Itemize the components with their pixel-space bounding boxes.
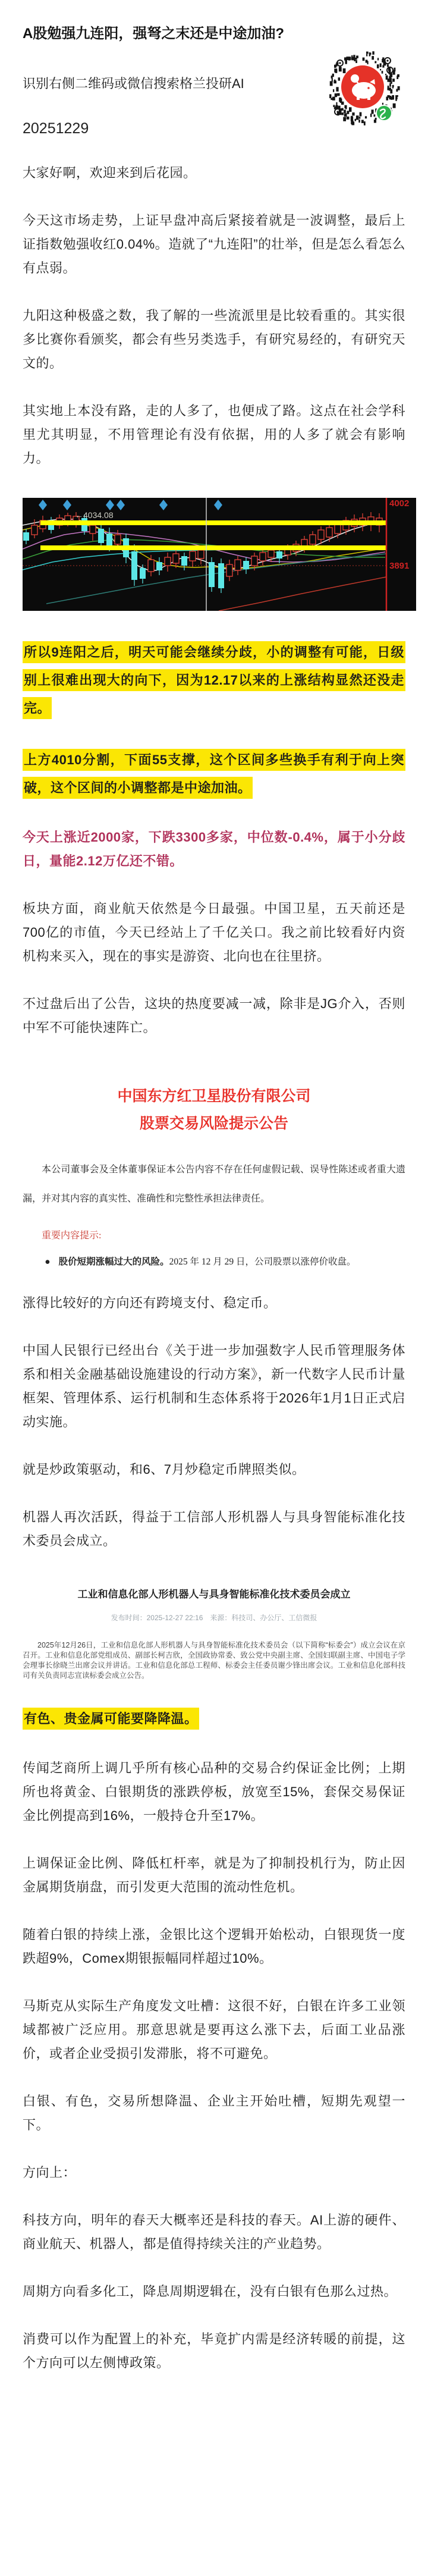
announcement-title: 股票交易风险提示公告 — [23, 1110, 405, 1137]
announcement-notice-label: 重要内容提示: — [23, 1228, 405, 1241]
paragraph: 今天这市场走势，上证早盘冲高后紧接着就是一波调整，最后上证指数勉强收红0.04%… — [23, 209, 405, 280]
publish-date: 20251229 — [23, 120, 244, 137]
red-emphasis-paragraph: 今天上涨近2000家，下跌3300多家，中位数-0.4%，属于小分歧日，量能2.… — [23, 826, 405, 873]
highlighted-paragraph: 所以9连阳之后，明天可能会继续分歧，小的调整有可能，日级别上很难出现大的向下，因… — [23, 638, 405, 722]
paragraph: 其实地上本没有路，走的人多了，也便成了路。这点在社会学科里尤其明显，不用管理论有… — [23, 399, 405, 470]
paragraph: 涨得比较好的方向还有跨境支付、稳定币。 — [23, 1291, 405, 1315]
paragraph: 消费可以作为配置上的补充，毕竟扩内需是经济转暖的前提，这个方向可以左侧博政策。 — [23, 2327, 405, 2375]
wechat-qr-code[interactable] — [328, 49, 403, 132]
page-title: A股勉强九连阳，强弩之末还是中途加油? — [23, 24, 405, 44]
candlestick-chart: 40023891←4034.08 — [23, 498, 416, 611]
miit-news-screenshot-image[interactable]: 工业和信息化部人形机器人与具身智能标准化技术委员会成立 发布时间：2025-12… — [23, 1587, 405, 1681]
header-row: 识别右侧二维码或微信搜索格兰投研AI 20251229 — [23, 49, 405, 137]
highlight-text: 上方4010分割，下面55支撑，这个区间多些换手有利于向上突破，这个区间的小调整… — [23, 749, 405, 799]
paragraph: 马斯克从实际生产角度发文吐槽：这很不好，白银在许多工业领域都被广泛应用。那意思就… — [23, 1994, 405, 2066]
paragraph: 就是炒政策驱动，和6、7月炒稳定币牌照类似。 — [23, 1458, 405, 1482]
highlighted-paragraph: 有色、贵金属可能要降降温。 — [23, 1705, 405, 1733]
risk-announcement-image[interactable]: 中国东方红卫星股份有限公司 股票交易风险提示公告 本公司董事会及全体董事保证本公… — [23, 1083, 405, 1267]
paragraph: 科技方向，明年的春天大概率还是科技的春天。AI上游的硬件、商业航天、机器人，都是… — [23, 2208, 405, 2256]
announcement-declaration: 本公司董事会及全体董事保证本公告内容不存在任何虚假记载、误导性陈述或者重大遗漏，… — [23, 1155, 405, 1213]
announcement-risk-rest: 2025 年 12 月 29 日，公司股票以涨停价收盘。 — [169, 1257, 356, 1267]
header-left: 识别右侧二维码或微信搜索格兰投研AI 20251229 — [23, 49, 244, 137]
announcement-bullet: ●股价短期涨幅过大的风险。2025 年 12 月 29 日，公司股票以涨停价收盘… — [23, 1254, 405, 1267]
bullet-icon: ● — [45, 1257, 50, 1267]
article-body: A股勉强九连阳，强弩之末还是中途加油? 识别右侧二维码或微信搜索格兰投研AI 2… — [0, 0, 428, 2423]
svg-text:←4034.08: ←4034.08 — [75, 510, 114, 520]
miit-news-body: 2025年12月26日，工业和信息化部人形机器人与具身智能标准化技术委员会（以下… — [23, 1640, 405, 1681]
miit-news-meta: 发布时间：2025-12-27 22:16 来源：科技司、办公厅、工信微报 — [23, 1612, 405, 1623]
miit-news-title: 工业和信息化部人形机器人与具身智能标准化技术委员会成立 — [23, 1587, 405, 1602]
announcement-risk-bold: 股价短期涨幅过大的风险。 — [59, 1257, 169, 1267]
paragraph: 板块方面，商业航天依然是今日最强。中国卫星，五天前还是700亿的市值，今天已经站… — [23, 897, 405, 968]
paragraph: 中国人民银行已经出台《关于进一步加强数字人民币管理服务体系和相关金融基础设施建设… — [23, 1339, 405, 1434]
announcement-company-name: 中国东方红卫星股份有限公司 — [23, 1083, 405, 1110]
index-candlestick-chart-image[interactable]: 40023891←4034.08 — [23, 498, 416, 611]
highlight-text: 有色、贵金属可能要降降温。 — [23, 1708, 199, 1730]
paragraph: 机器人再次活跃，得益于工信部人形机器人与具身智能标准化技术委员会成立。 — [23, 1505, 405, 1553]
paragraph: 九阳这种极盛之数，我了解的一些流派里是比较看重的。其实很多比赛你看颁奖，都会有些… — [23, 304, 405, 375]
highlighted-paragraph: 上方4010分割，下面55支撑，这个区间多些换手有利于向上突破，这个区间的小调整… — [23, 746, 405, 802]
qr-code-image — [328, 49, 403, 132]
paragraph: 方向上： — [23, 2161, 405, 2185]
paragraph: 上调保证金比例、降低杠杆率，就是为了抑制投机行为，防止因金属期货崩盘，而引发更大… — [23, 1852, 405, 1899]
highlight-text: 所以9连阳之后，明天可能会继续分歧，小的调整有可能，日级别上很难出现大的向下，因… — [23, 641, 405, 719]
paragraph: 不过盘后出了公告，这块的热度要减一减，除非是JG介入，否则中军不可能快速阵亡。 — [23, 992, 405, 1040]
qr-caption: 识别右侧二维码或微信搜索格兰投研AI — [23, 75, 244, 93]
paragraph: 大家好啊，欢迎来到后花园。 — [23, 161, 405, 185]
svg-text:3891: 3891 — [389, 561, 409, 571]
paragraph: 白银、有色，交易所想降温、企业主开始吐槽，短期先观望一下。 — [23, 2089, 405, 2137]
article-page: { "header": { "title": "A股勉强九连阳，强弩之末还是中途… — [0, 0, 428, 2423]
paragraph: 传闻芝商所上调几乎所有核心品种的交易合约保证金比例；上期所也将黄金、白银期货的涨… — [23, 1756, 405, 1828]
paragraph: 周期方向看多化工，降息周期逻辑在，没有白银有色那么过热。 — [23, 2280, 405, 2304]
svg-text:4002: 4002 — [389, 498, 409, 509]
paragraph: 随着白银的持续上涨，金银比这个逻辑开始松动，白银现货一度跌超9%，Comex期银… — [23, 1923, 405, 1971]
